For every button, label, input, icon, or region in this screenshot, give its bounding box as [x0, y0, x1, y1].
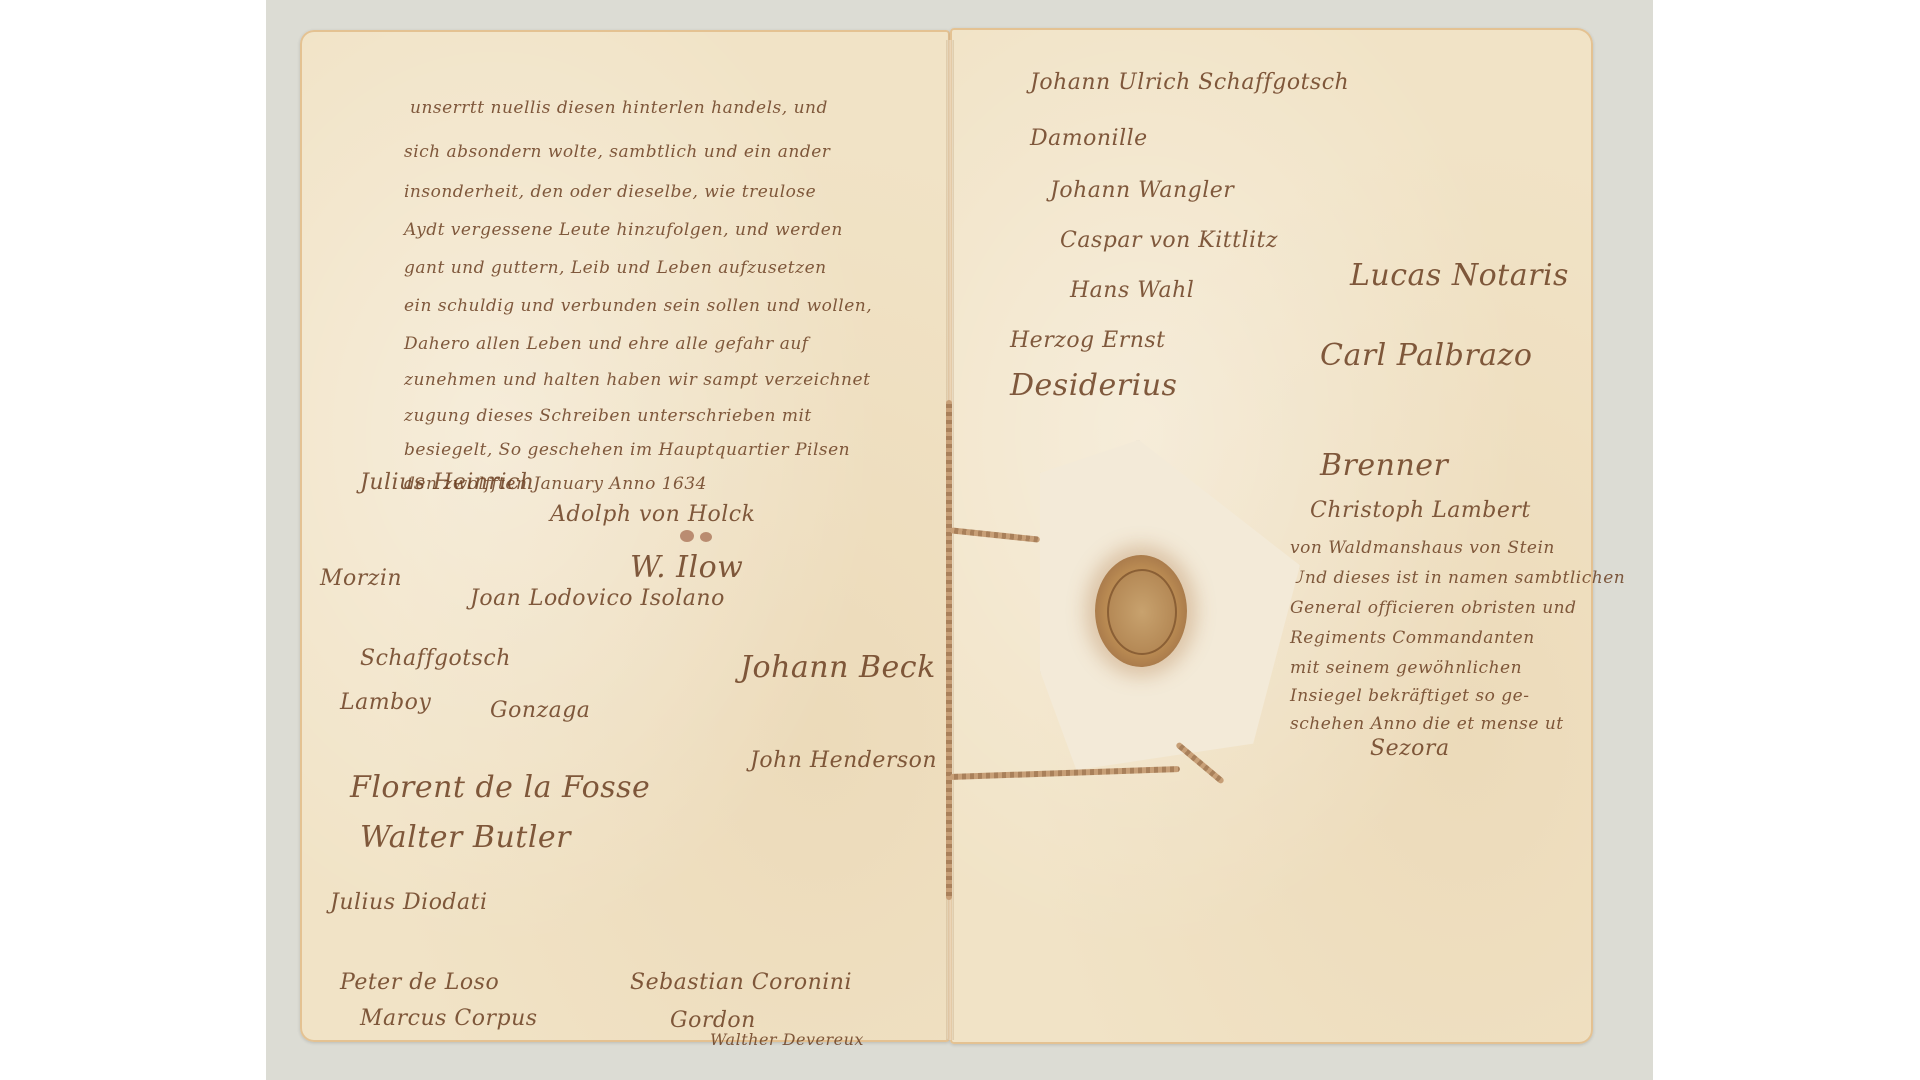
- signature: Johann Ulrich Schaffgotsch: [1030, 70, 1349, 95]
- signature: Gonzaga: [490, 698, 590, 723]
- signature: Julius Diodati: [330, 890, 488, 915]
- text-line: ein schuldig und verbunden sein sollen u…: [404, 296, 872, 316]
- text-line: unserrtt nuellis diesen hinterlen handel…: [410, 98, 828, 118]
- text-line: zugung dieses Schreiben unterschrieben m…: [404, 406, 812, 426]
- notary-line: Und dieses ist in namen sambtlichen: [1290, 568, 1625, 588]
- signature: Morzin: [320, 566, 402, 591]
- signature: John Henderson: [750, 748, 937, 773]
- signature: Joan Lodovico Isolano: [470, 586, 725, 611]
- signature: Florent de la Fosse: [350, 770, 650, 805]
- signature: Sezora: [1370, 736, 1450, 761]
- ink-stain: [680, 530, 694, 542]
- signature: Hans Wahl: [1070, 278, 1194, 303]
- binding-cord: [946, 400, 952, 900]
- notary-line: mit seinem gewöhnlichen: [1290, 658, 1522, 678]
- notary-line: General officieren obristen und: [1290, 598, 1577, 618]
- signature: Lucas Notaris: [1350, 258, 1569, 293]
- text-line: Dahero allen Leben und ehre alle gefahr …: [404, 334, 809, 354]
- signature: Julius Heinrich: [360, 470, 534, 495]
- text-line: besiegelt, So geschehen im Hauptquartier…: [404, 440, 850, 460]
- signature: Caspar von Kittlitz: [1060, 228, 1278, 253]
- signature: Adolph von Holck: [550, 502, 755, 527]
- text-line: Aydt vergessene Leute hinzufolgen, und w…: [404, 220, 843, 240]
- signature: W. Ilow: [630, 550, 743, 585]
- signature: Walter Butler: [360, 820, 571, 855]
- signature: Schaffgotsch: [360, 646, 511, 671]
- signature: Christoph Lambert: [1310, 498, 1531, 523]
- notary-line: schehen Anno die et mense ut: [1290, 714, 1564, 734]
- signature: Desiderius: [1010, 368, 1177, 403]
- text-line: zunehmen und halten haben wir sampt verz…: [404, 370, 870, 390]
- text-line: gant und guttern, Leib und Leben aufzuse…: [404, 258, 827, 278]
- notary-line: von Waldmanshaus von Stein: [1290, 538, 1555, 558]
- text-line: sich absondern wolte, sambtlich und ein …: [404, 142, 830, 162]
- text-line: insonderheit, den oder dieselbe, wie tre…: [404, 182, 816, 202]
- signature: Damonille: [1030, 126, 1148, 151]
- signature: Carl Palbrazo: [1320, 338, 1532, 373]
- signature: Johann Beck: [740, 650, 936, 685]
- signature: Walther Devereux: [710, 1030, 864, 1049]
- signature: Brenner: [1320, 448, 1448, 483]
- notary-line: Insiegel bekräftiget so ge-: [1290, 686, 1529, 706]
- manuscript-left-page: unserrtt nuellis diesen hinterlen handel…: [300, 30, 950, 1042]
- seal-emblem: [1107, 569, 1177, 655]
- ink-stain: [700, 532, 712, 542]
- signature: Peter de Loso: [340, 970, 499, 995]
- signature: Johann Wangler: [1050, 178, 1234, 203]
- signature: Sebastian Coronini: [630, 970, 852, 995]
- signature: Lamboy: [340, 690, 431, 715]
- signature: Marcus Corpus: [360, 1006, 538, 1031]
- signature: Herzog Ernst: [1010, 328, 1166, 353]
- wax-seal: [1095, 555, 1187, 667]
- notary-line: Regiments Commandanten: [1290, 628, 1535, 648]
